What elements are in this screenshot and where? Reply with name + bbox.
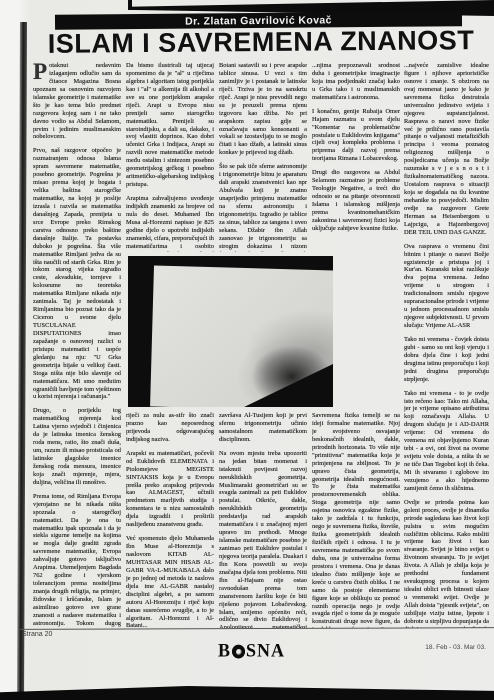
bosna-masthead: B SNA — [218, 639, 285, 661]
paragraph: Savremena fizika temelji se na ideji for… — [312, 412, 400, 628]
paragraph: ...njima prepoznavali srodnost duha i ge… — [312, 62, 400, 102]
paragraph: Na ovom mjestu treba upozoriti na jedan … — [219, 450, 307, 628]
column-4-top: ...njima prepoznavali srodnost duha i ge… — [312, 62, 400, 254]
paragraph: Već spomenuto djelo Muhameda Ibn Muse al… — [126, 535, 214, 628]
paragraph: Drugo, o porijeklu tog matematičkog mjer… — [33, 407, 121, 486]
paragraph: Drugi dio razgovora sa Abdul Selamom raz… — [312, 169, 400, 233]
drop-cap: P — [33, 63, 47, 81]
masthead-text-left: B — [218, 639, 231, 661]
column-5: ...najveće zamislive idealne figure i nj… — [404, 62, 489, 628]
paragraph: Što se pak tiče sferne astronomije i tri… — [219, 163, 307, 252]
paragraph: Prema tome, od Rimljana Evropa vjerojatn… — [33, 493, 121, 628]
masthead-text-right: SNA — [246, 639, 285, 661]
paragraph: riječi za nulu as-sifr što znači prazno … — [126, 412, 214, 444]
paragraph: Da bismo ilustrirali taj utjecaj spomeni… — [126, 62, 214, 189]
scanned-newspaper-page: Dr. Zlatan Gavrilović Kovač ISLAM I SAVR… — [0, 0, 494, 700]
paragraph: Tako mi vremena - to je ovdje isto rečen… — [404, 390, 489, 493]
column-4-bottom: Savremena fizika temelji se na ideji for… — [312, 412, 400, 628]
article-photo — [128, 256, 333, 407]
scan-edge-left — [17, 22, 27, 700]
column-2-bottom: riječi za nulu as-sifr što znači prazno … — [126, 412, 214, 628]
paragraph: završava Al-Tusijem koji je prvi sfernu … — [219, 412, 307, 444]
paragraph: Ovdje se priroda poima kao goleni proces… — [404, 499, 489, 628]
scan-mark — [128, 0, 132, 10]
scan-edge-bottom — [0, 686, 494, 700]
paragraph: Prvo, naš razgovor otpočeo je razmatranj… — [33, 147, 121, 401]
column-2-top: Da bismo ilustrirali taj utjecaj spomeni… — [126, 62, 214, 252]
column-3-bottom: završava Al-Tusijem koji je prvi sfernu … — [219, 412, 307, 628]
column-3-top: Botani sastavili su i prve arapske tabli… — [219, 62, 307, 252]
lead-paragraph: Potaknut nedavnim izlaganjem odlučio sam… — [33, 62, 121, 141]
paragraph: Arapski su matematičari, počevši od Eukl… — [126, 450, 214, 529]
column-1-paragraphs: Prvo, naš razgovor otpočeo je razmatranj… — [33, 147, 121, 628]
bosna-logo-emblem-icon — [232, 645, 245, 659]
byline-text: Dr. Zlatan Gavrilović Kovač — [185, 14, 332, 27]
headline: ISLAM I SAVREMENA ZNANOST — [30, 25, 492, 60]
paragraph: Arapima zahvaljujemo uvođenje indijskih … — [126, 195, 214, 252]
paragraph: Ova rasprava o vremenu čini bitnim i pit… — [404, 243, 489, 330]
page-number-label: Strana 20 — [22, 631, 52, 638]
column-1: Potaknut nedavnim izlaganjem odlučio sam… — [33, 62, 121, 628]
issue-date-range: 18. Feb - 03. Mar 03. — [366, 644, 486, 651]
paragraph: ...najveće zamislive idealne figure i nj… — [404, 62, 489, 237]
paragraph: Botani sastavili su i prve arapske tabli… — [219, 62, 307, 157]
paragraph: Tako mi vremena - čovjek doista gubi - s… — [404, 336, 489, 384]
paragraph: I konačno, genije Rubaija Omer Hajam raz… — [312, 108, 400, 164]
